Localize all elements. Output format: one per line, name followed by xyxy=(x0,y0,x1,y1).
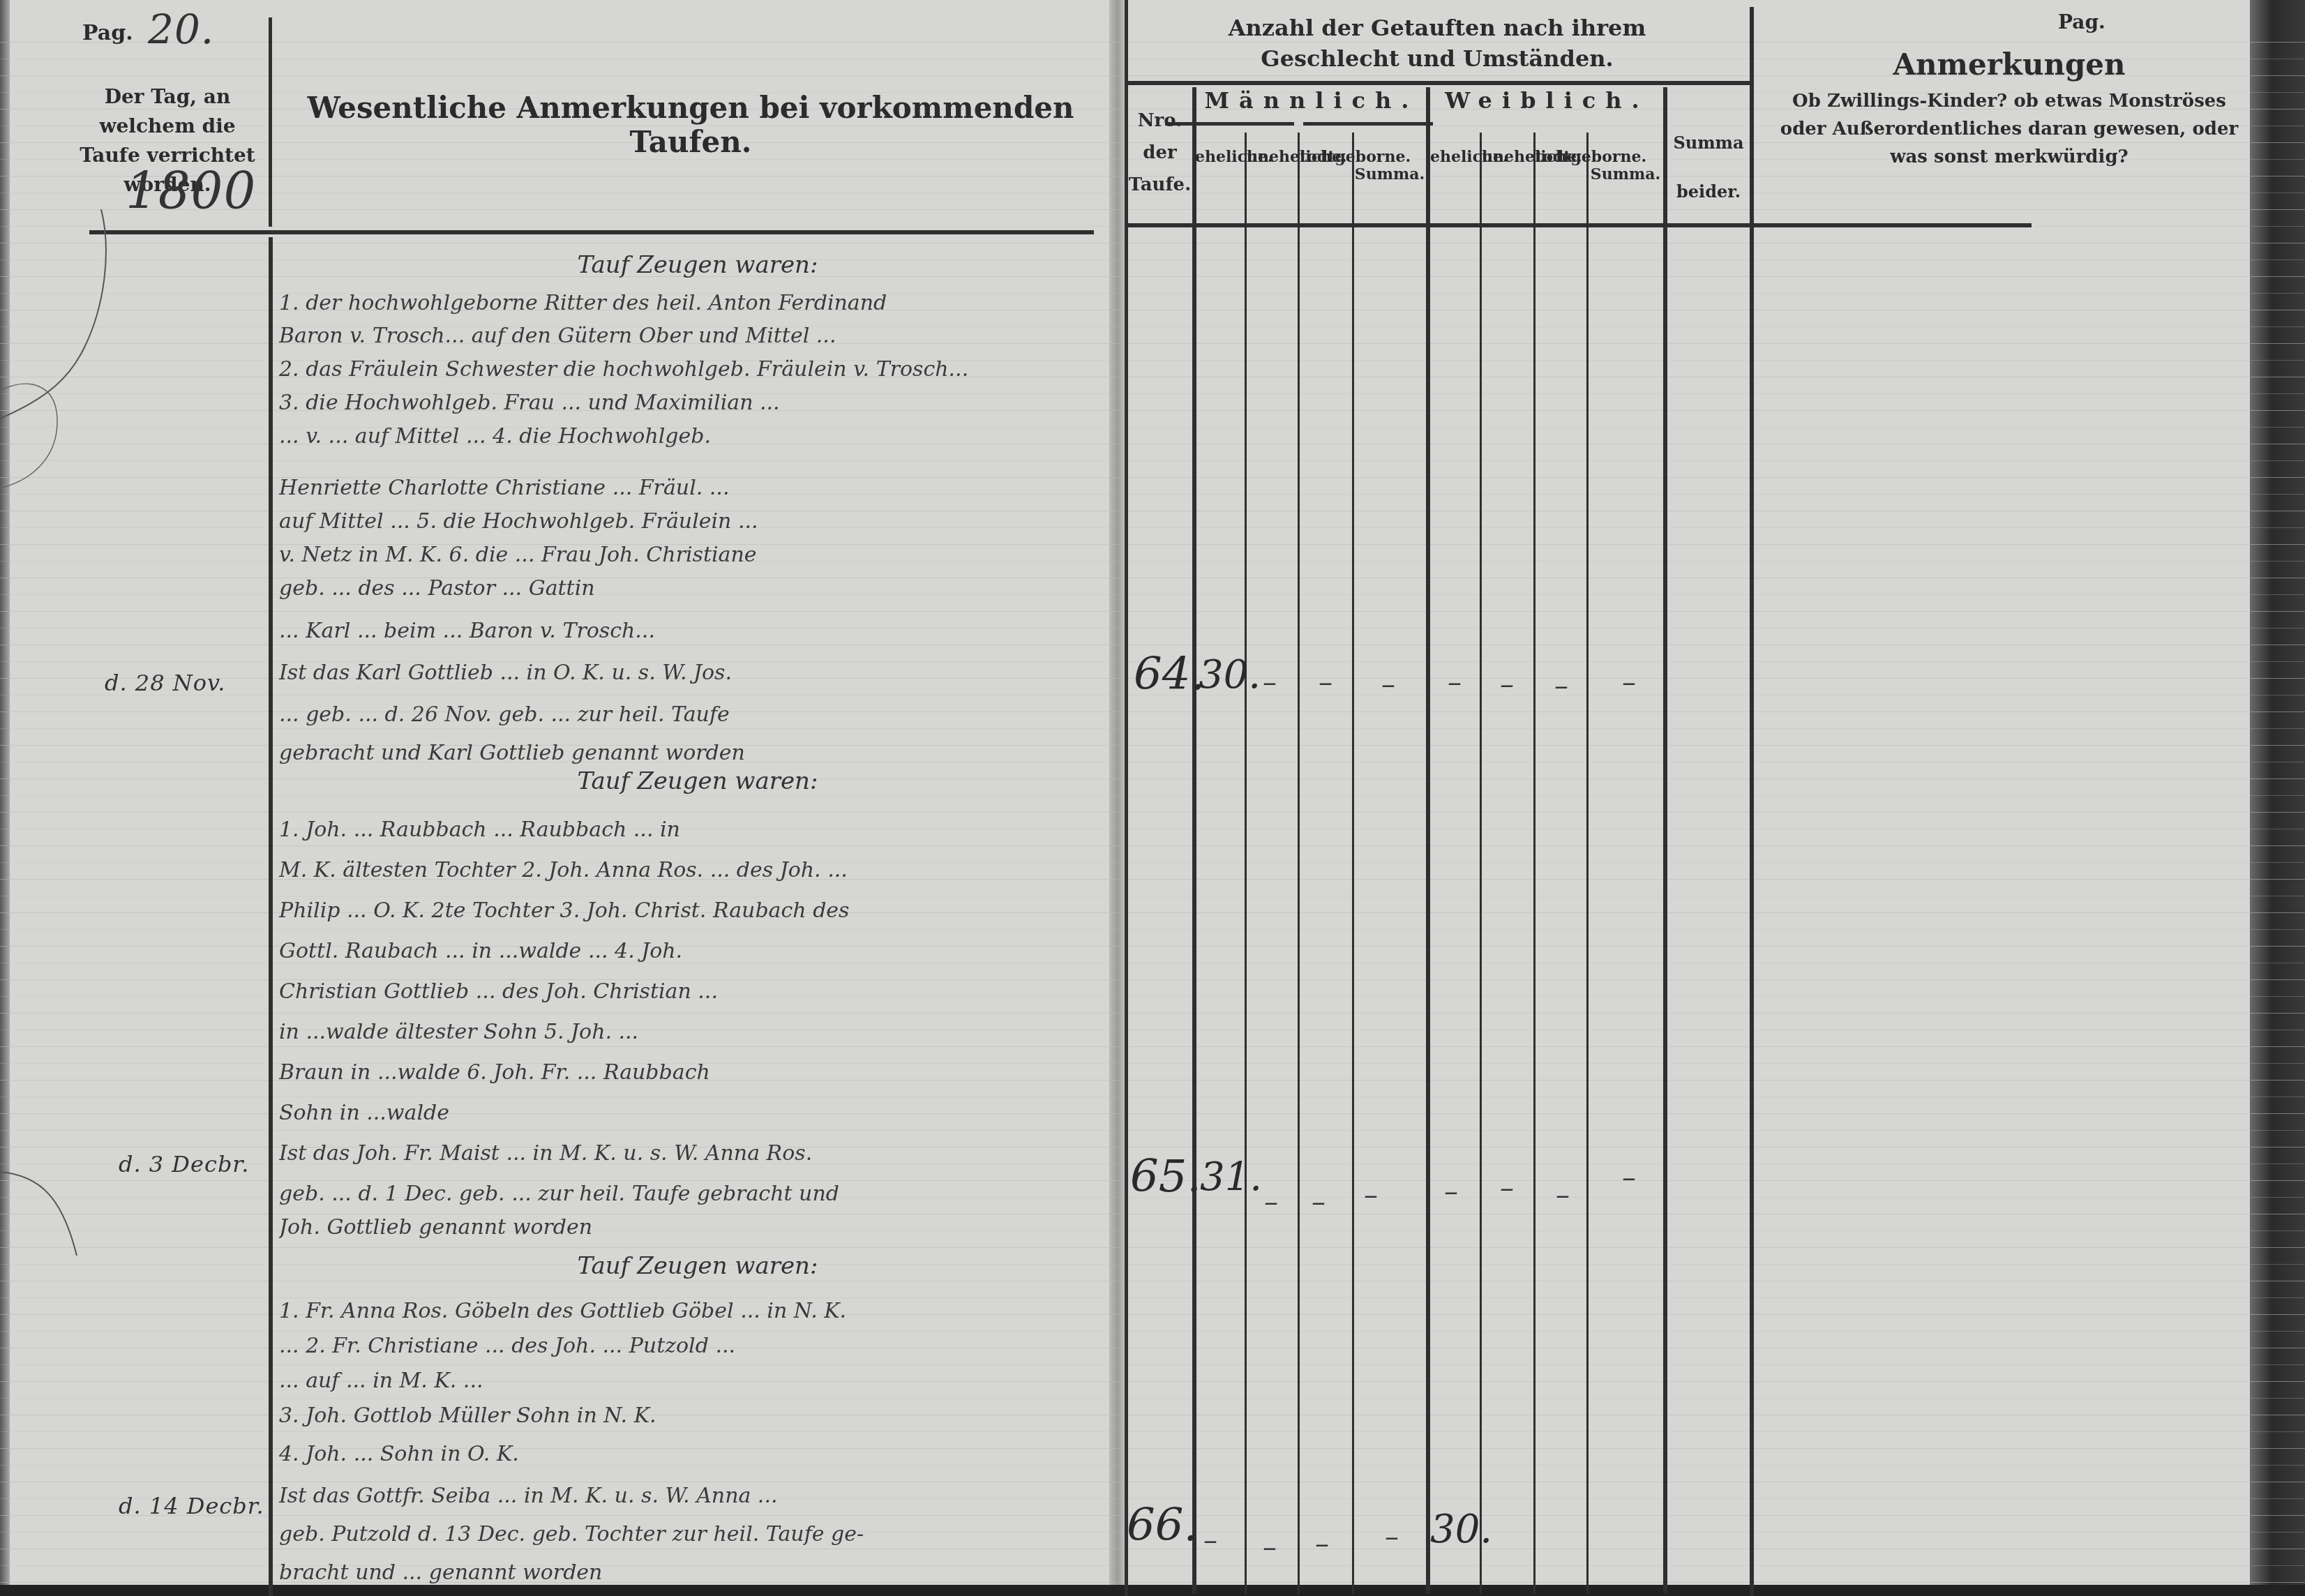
nro-divider xyxy=(1192,87,1196,1594)
male-stillborn-value: – xyxy=(1319,666,1332,698)
female-sum-header: Summa. xyxy=(1589,157,1662,192)
male-illegit-value: – xyxy=(1263,666,1277,698)
entry-line: Sohn in ...walde xyxy=(279,1092,1116,1134)
page-number: 20. xyxy=(148,6,214,53)
sum-both-divider xyxy=(1663,87,1667,1594)
male-stillborn-header: todtgeborne. xyxy=(1300,140,1351,174)
entry-line: 3. Joh. Gottlob Müller Sohn in N. K. xyxy=(279,1395,1116,1437)
col-divider xyxy=(1352,133,1354,1594)
male-legit-value: – xyxy=(1203,1524,1217,1556)
entry-date: d. 14 Decbr. xyxy=(119,1493,264,1519)
book-right-edge xyxy=(2250,0,2305,1596)
entry-line: Ist das Karl Gottlieb ... in O. K. u. s.… xyxy=(279,652,1116,694)
entry-line: 4. Joh. ... Sohn in O. K. xyxy=(279,1433,1116,1475)
female-illegit-value: – xyxy=(1500,668,1514,700)
ruling-line xyxy=(0,276,2305,277)
year: 1800 xyxy=(126,162,256,220)
col-divider xyxy=(1586,133,1589,1594)
female-stillborn-value: – xyxy=(1556,1179,1570,1211)
female-sum-value: – xyxy=(1622,666,1636,698)
ruling-line xyxy=(0,243,2305,243)
godparents-heading: Tauf Zeugen waren: xyxy=(488,1252,907,1280)
entry-line: 1. Joh. ... Raubbach ... Raubbach ... in xyxy=(279,809,1116,851)
entry-line: Philip ... O. K. 2te Tochter 3. Joh. Chr… xyxy=(279,890,1116,932)
date-column-divider xyxy=(269,237,273,1596)
entry-line: in ...walde ältester Sohn 5. Joh. ... xyxy=(279,1011,1116,1053)
male-illegit-header: uneheliche. xyxy=(1247,140,1297,174)
female-stillborn-value: – xyxy=(1554,670,1568,702)
entry-line: Ist das Gottfr. Seiba ... in M. K. u. s.… xyxy=(279,1475,1116,1517)
page-label-right: Pag. xyxy=(2058,10,2105,33)
col-divider xyxy=(1298,133,1300,1594)
male-sum-value: – xyxy=(1385,1521,1399,1553)
female-sum-value: – xyxy=(1622,1161,1636,1194)
col-divider xyxy=(1533,133,1536,1594)
female-illegit-header: uneheliche. xyxy=(1482,140,1533,174)
nro-header: Nro. der Taufe. xyxy=(1127,105,1193,201)
entry-line: Ist das Joh. Fr. Maist ... in M. K. u. s… xyxy=(279,1133,1116,1175)
entry-line: Joh. Gottlieb genannt worden xyxy=(279,1207,1116,1249)
col-divider xyxy=(1245,133,1247,1594)
female-legit-value: – xyxy=(1444,1175,1458,1207)
ruling-line xyxy=(0,42,2305,43)
entry-line: bracht und ... genannt worden xyxy=(279,1552,1116,1594)
male-legit-value: 30. xyxy=(1199,652,1261,698)
ruling-line xyxy=(0,460,2305,461)
nro-value: 65. xyxy=(1130,1151,1201,1203)
remarks-column-header: Wesentliche Anmerkungen bei vorkommenden… xyxy=(286,91,1095,159)
female-header: Weiblich. xyxy=(1430,87,1664,114)
male-female-divider xyxy=(1426,87,1430,1594)
male-sum-header: Summa. xyxy=(1354,157,1425,192)
table-top-rule xyxy=(1125,81,1752,85)
male-header: Männlich. xyxy=(1196,87,1427,114)
male-sum-value: – xyxy=(1381,668,1395,700)
nro-value: 64. xyxy=(1134,649,1205,700)
entry-line: geb. ... des ... Pastor ... Gattin xyxy=(279,568,1116,610)
ruling-line xyxy=(0,1264,2305,1265)
right-table-left-border xyxy=(1125,0,1128,1596)
entry-line: ... geb. ... d. 26 Nov. geb. ... zur hei… xyxy=(279,694,1116,736)
male-illegit-value: – xyxy=(1264,1186,1278,1218)
date-column-divider-top xyxy=(269,17,272,227)
right-page xyxy=(1120,0,2257,1596)
male-sum-value: – xyxy=(1364,1179,1378,1211)
entry-date: d. 3 Decbr. xyxy=(119,1151,249,1177)
female-illegit-value: – xyxy=(1500,1172,1514,1204)
male-stillborn-value: – xyxy=(1315,1528,1329,1560)
entry-line: ... v. ... auf Mittel ... 4. die Hochwoh… xyxy=(279,416,1116,458)
male-legit-header: eheliche. xyxy=(1195,140,1244,174)
header-rule-left xyxy=(89,230,1094,234)
male-legit-value: 31. xyxy=(1200,1154,1262,1200)
ruling-line xyxy=(0,778,2305,779)
ruling-line xyxy=(0,1281,2305,1281)
notes-subheader: Ob Zwillings-Kinder? ob etwas Monströses… xyxy=(1772,87,2246,171)
female-rule xyxy=(1303,122,1433,126)
female-legit-value: – xyxy=(1448,666,1462,698)
female-legit-header: eheliche. xyxy=(1430,140,1479,174)
table-header-rule xyxy=(1125,223,2032,227)
count-header: Anzahl der Getauften nach ihrem Geschlec… xyxy=(1158,13,1716,74)
col-divider xyxy=(1480,133,1482,1594)
entry-line: M. K. ältesten Tochter 2. Joh. Anna Ros.… xyxy=(279,850,1116,891)
male-illegit-value: – xyxy=(1263,1531,1277,1563)
nro-value: 66. xyxy=(1127,1500,1198,1551)
margin-scribble xyxy=(0,209,126,1256)
notes-header: Anmerkungen xyxy=(1793,47,2225,82)
godparents-heading: Tauf Zeugen waren: xyxy=(488,767,907,795)
page-label-left: Pag. xyxy=(82,21,133,45)
entry-line: ... Karl ... beim ... Baron v. Trosch... xyxy=(279,610,1116,652)
notes-divider xyxy=(1750,7,1754,1596)
female-legit-value: 30. xyxy=(1430,1507,1492,1552)
entry-line: Gottl. Raubach ... in ...walde ... 4. Jo… xyxy=(279,931,1116,972)
male-stillborn-value: – xyxy=(1312,1186,1326,1218)
ruling-line xyxy=(0,795,2305,796)
entry-line: Braun in ...walde 6. Joh. Fr. ... Raubba… xyxy=(279,1052,1116,1094)
ruling-line xyxy=(0,259,2305,260)
female-stillborn-header: todtgeborne. xyxy=(1536,140,1586,174)
entry-line: geb. Putzold d. 13 Dec. geb. Tochter zur… xyxy=(279,1514,1116,1556)
entry-line: Christian Gottlieb ... des Joh. Christia… xyxy=(279,971,1116,1013)
ruling-line xyxy=(0,209,2305,210)
sum-both-header: Summa beider. xyxy=(1667,119,1750,216)
godparents-heading: Tauf Zeugen waren: xyxy=(488,251,907,279)
